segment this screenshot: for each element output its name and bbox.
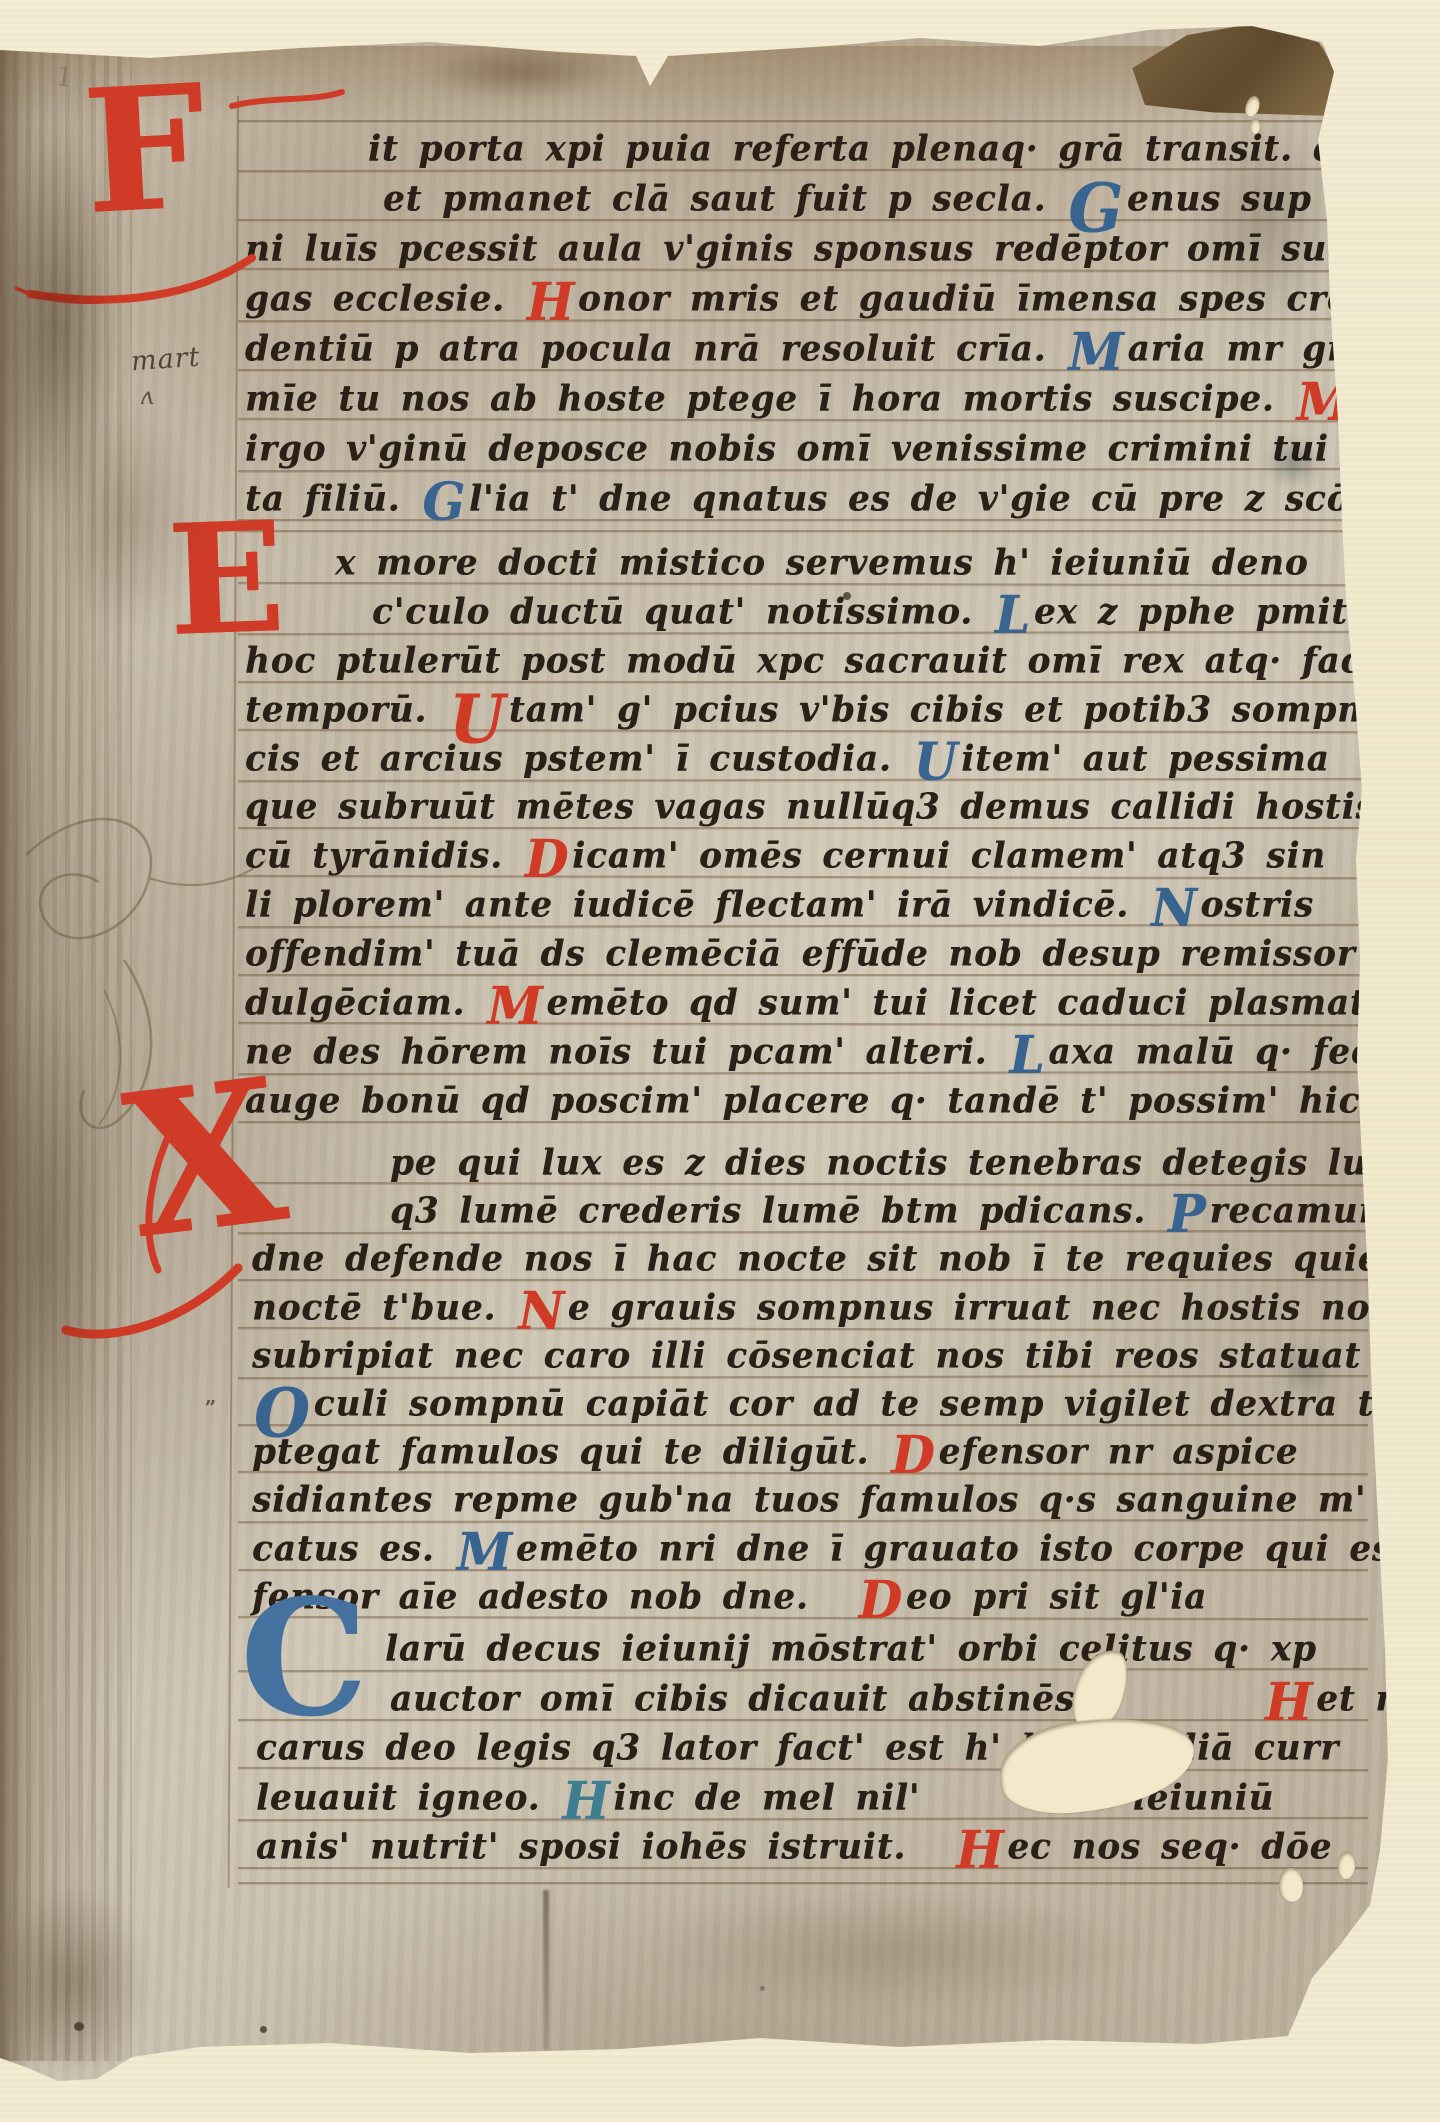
script-text: q3 lumē crederis lumē btm pdicans. xyxy=(390,1190,1166,1232)
script-text: ec nos seq· dōe xyxy=(1007,1826,1332,1868)
text-line-15: cū tyrānidis. Dicam' omēs cernui clamem'… xyxy=(245,835,1326,877)
script-text: aria mr gre xyxy=(1128,328,1369,370)
spine-fold xyxy=(0,46,132,2061)
script-text: recamur scē xyxy=(1210,1190,1440,1232)
text-line-24: noctē t'bue. Ne grauis sompnus irruat ne… xyxy=(252,1287,1390,1329)
lombard-initial-blue: P xyxy=(1168,1183,1206,1245)
script-text: mīe tu nos ab hoste ptege ī hora mortis … xyxy=(245,378,1295,420)
lombard-initial-red: H xyxy=(527,271,574,333)
script-text: ni luīs pcessit aula v'ginis sponsus red… xyxy=(245,228,1408,270)
ruled-line xyxy=(238,120,1368,122)
lombard-initial-teal: H xyxy=(562,1770,609,1832)
script-text: auge bonū qd poscim' placere q· tandē t'… xyxy=(245,1080,1440,1122)
text-line-7: irgo v'ginū deposce nobis omī venissime … xyxy=(245,428,1410,470)
drop-cap-c: C xyxy=(240,1596,367,1721)
script-text: ex z pphe pmit' xyxy=(1034,591,1359,633)
margin-caret: ʌ xyxy=(140,382,154,410)
script-text: dne defende nos ī hac nocte sit nob ī te… xyxy=(252,1238,1380,1280)
lombard-initial-red: M xyxy=(487,975,542,1037)
script-text: irgo v'ginū deposce nobis omī venissime … xyxy=(245,428,1410,470)
manuscript-leaf: it porta xpi puia referta plenaq· grā tr… xyxy=(0,0,1440,2122)
ruled-line xyxy=(238,530,1368,532)
script-text: temporū. xyxy=(245,689,447,731)
lombard-initial-blue: L xyxy=(995,584,1030,646)
script-text: et moy xyxy=(1316,1678,1440,1720)
lombard-initial-red: D xyxy=(891,1424,934,1486)
vertical-ruled-line xyxy=(228,96,239,1888)
lombard-initial-red: D xyxy=(525,828,568,890)
script-text: icam' omēs cernui clamem' atq3 sin xyxy=(572,835,1326,877)
paragraph-mark: „ xyxy=(205,1384,217,1408)
lombard-initial-red: D xyxy=(859,1569,902,1631)
script-text: dentiū p atra pocula nrā resoluit crīa. xyxy=(245,328,1066,370)
parchment-hole xyxy=(1250,119,1260,134)
pinhole xyxy=(843,592,851,600)
text-line-22: q3 lumē crederis lumē btm pdicans. Preca… xyxy=(390,1190,1440,1232)
script-text: larū decus ieiunij mōstrat' orbi celitus… xyxy=(385,1628,1317,1670)
text-line-35: anis' nutrit' sposi iohēs istruit. Hec n… xyxy=(256,1826,1332,1868)
script-text: noctē t'bue. xyxy=(252,1287,516,1329)
script-text: cū tyrānidis. xyxy=(245,835,523,877)
text-line-21: pe qui lux es z dies noctis tenebras det… xyxy=(390,1142,1403,1184)
script-text: ptegat famulos qui te diligūt. xyxy=(252,1431,889,1473)
script-text: eo pri sit gl'ia xyxy=(906,1576,1207,1618)
lombard-initial-blue: M xyxy=(457,1521,512,1583)
script-text: efensor nr aspice xyxy=(939,1431,1299,1473)
script-text: item' aut pessima xyxy=(961,738,1329,780)
text-line-31: larū decus ieiunij mōstrat' orbi celitus… xyxy=(385,1628,1317,1670)
ruled-line xyxy=(238,1882,1368,1884)
lombard-initial-red: H xyxy=(956,1819,1003,1881)
lombard-initial-blue: L xyxy=(1009,1024,1044,1086)
text-line-9: x more docti mistico servemus h' ieiuniū… xyxy=(335,542,1309,584)
drop-cap-e: E xyxy=(166,518,286,641)
script-text: enus sup xyxy=(1127,178,1312,220)
text-line-12: temporū. Utam' g' pcius v'bis cibis et p… xyxy=(245,689,1387,731)
script-text: tam' g' pcius v'bis cibis et potib3 somp… xyxy=(509,689,1387,731)
script-text: c'culo ductū quat' notissimo. xyxy=(372,591,993,633)
script-text: que subruūt mētes vagas nullūq3 demus ca… xyxy=(245,786,1376,828)
text-line-18: dulgēciam. Memēto qd sum' tui licet cadu… xyxy=(245,982,1401,1024)
text-line-28: sidiantes repme gub'na tuos famulos q·s … xyxy=(252,1479,1366,1521)
text-line-4: gas ecclesie. Honor mris et gaudiū īmens… xyxy=(245,278,1350,320)
script-text: gas ecclesie. xyxy=(245,278,525,320)
script-text: et pmanet clā saut fuit p secla. xyxy=(383,178,1066,220)
text-line-32: auctor omī cibis dicauit abstinēsHet moy xyxy=(390,1678,1440,1720)
script-text: offendim' tuā ds clemēciā effūde nob des… xyxy=(245,933,1389,975)
text-line-11: hoc ptulerūt post modū xpc sacrauit omī … xyxy=(245,640,1362,682)
lombard-initial-blue: G xyxy=(422,471,465,533)
script-text: leuauit igneo. xyxy=(256,1777,560,1819)
script-text: cis et arcius pstem' ī custodia. xyxy=(245,738,912,780)
text-line-29: catus es. Memēto nri dne ī grauato isto … xyxy=(252,1528,1440,1570)
script-text: auctor omī cibis dicauit abstinēs xyxy=(390,1678,1075,1720)
script-text: sidiantes repme gub'na tuos famulos q·s … xyxy=(252,1479,1366,1521)
crease-line xyxy=(543,1890,549,2050)
text-line-6: mīe tu nos ab hoste ptege ī hora mortis … xyxy=(245,378,1398,420)
lombard-initial-red: N xyxy=(518,1280,564,1342)
text-line-25: subripiat nec caro illi cōsenciat nos ti… xyxy=(252,1335,1361,1377)
text-line-30: fensor aīe adesto nob dne. Deo pri sit g… xyxy=(252,1576,1207,1618)
lombard-initial-red: M xyxy=(1297,371,1352,433)
script-text: emēto nri dne ī grauato isto corpe qui e… xyxy=(516,1528,1440,1570)
drop-cap-f: F xyxy=(81,81,208,220)
text-line-3: ni luīs pcessit aula v'ginis sponsus red… xyxy=(245,228,1408,270)
text-line-10: c'culo ductū quat' notissimo. Lex z pphe… xyxy=(372,591,1359,633)
top-right-dark-patch xyxy=(1128,24,1340,116)
text-line-1: it porta xpi puia referta plenaq· grā tr… xyxy=(368,128,1434,170)
script-text: anis' nutrit' sposi iohēs istruit. xyxy=(256,1826,926,1868)
photo-backdrop: it porta xpi puia referta plenaq· grā tr… xyxy=(0,0,1440,2122)
text-line-20: auge bonū qd poscim' placere q· tandē t'… xyxy=(245,1080,1440,1122)
lombard-initial-blue: U xyxy=(914,731,958,793)
text-line-5: dentiū p atra pocula nrā resoluit crīa. … xyxy=(245,328,1368,370)
text-line-23: dne defende nos ī hac nocte sit nob ī te… xyxy=(252,1238,1380,1280)
script-text: inc de mel nil' xyxy=(614,1777,921,1819)
text-line-8: ta filiū. Gl'ia t' dne qnatus es de v'gi… xyxy=(245,478,1440,520)
script-text: ostris xyxy=(1201,884,1315,926)
script-text: subripiat nec caro illi cōsenciat nos ti… xyxy=(252,1335,1361,1377)
text-line-27: ptegat famulos qui te diligūt. Defensor … xyxy=(252,1431,1298,1473)
text-line-13: cis et arcius pstem' ī custodia. Uitem' … xyxy=(245,738,1330,780)
script-text: culi sompnū capiāt cor ad te semp vigile… xyxy=(314,1383,1423,1425)
ink-speck xyxy=(74,2022,84,2031)
script-text: li plorem' ante iudicē flectam' irā vind… xyxy=(245,884,1149,926)
script-text: it porta xpi puia referta plenaq· grā tr… xyxy=(368,128,1434,170)
lombard-initial-blue: N xyxy=(1151,877,1197,939)
stain xyxy=(620,1880,1180,2020)
ink-speck xyxy=(260,2026,267,2033)
script-text: onor mris et gaudiū īmensa spes cre xyxy=(578,278,1350,320)
text-line-26: Oculi sompnū capiāt cor ad te semp vigil… xyxy=(252,1383,1423,1425)
script-text: hoc ptulerūt post modū xpc sacrauit omī … xyxy=(245,640,1362,682)
script-text: emēto qd sum' tui licet caduci plasmatis xyxy=(546,982,1400,1024)
text-line-16: li plorem' ante iudicē flectam' irā vind… xyxy=(245,884,1314,926)
script-text: ar xyxy=(1356,378,1398,420)
text-line-19: ne des hōrem noīs tui pcam' alteri. Laxa… xyxy=(245,1031,1386,1073)
script-text: e grauis sompnus irruat nec hostis nos xyxy=(568,1287,1390,1329)
text-line-14: que subruūt mētes vagas nullūq3 demus ca… xyxy=(245,786,1376,828)
ink-speck xyxy=(760,1986,765,1991)
script-text: x more docti mistico servemus h' ieiuniū… xyxy=(335,542,1309,584)
text-line-2: et pmanet clā saut fuit p secla. Genus s… xyxy=(383,178,1312,220)
script-text: pe qui lux es z dies noctis tenebras det… xyxy=(390,1142,1403,1184)
script-text: l'ia t' dne qnatus es de v'gie cū pre z … xyxy=(469,478,1440,520)
parchment-hole xyxy=(1276,1866,1307,1904)
margin-note: mart xyxy=(130,342,201,378)
text-line-17: offendim' tuā ds clemēciā effūde nob des… xyxy=(245,933,1389,975)
script-text: dulgēciam. xyxy=(245,982,485,1024)
script-text: ne des hōrem noīs tui pcam' alteri. xyxy=(245,1031,1007,1073)
parchment-hole xyxy=(1338,1852,1355,1879)
drop-cap-x: X xyxy=(119,1073,290,1245)
lombard-initial-red: H xyxy=(1265,1671,1312,1733)
script-text: axa malū q· feci xyxy=(1048,1031,1386,1073)
lombard-initial-blue: M xyxy=(1068,321,1123,383)
